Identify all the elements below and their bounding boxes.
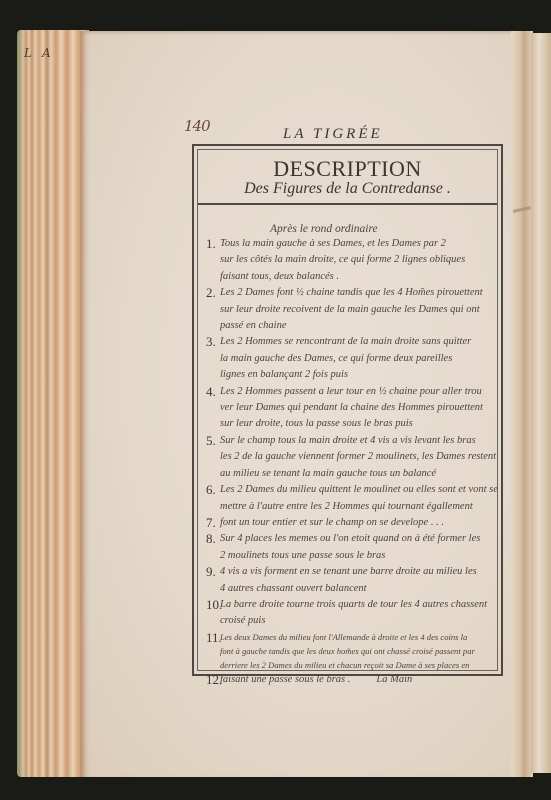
figure-line: lignes en balançant 2 fois puis [220,367,491,383]
figure-line: La barre droite tourne trois quarts de t… [220,597,491,613]
figure-item: 6. Les 2 Dames du milieu quittent le mou… [206,482,491,515]
figure-number: 3. [206,334,220,350]
figure-item: 8. Sur 4 places les memes ou l'on etoit … [206,531,491,564]
figure-line: font à gauche tandis que les deux hom̃es… [220,644,491,658]
figure-item: 4. Les 2 Hommes passent a leur tour en ½… [206,384,491,433]
figure-line: 4 autres chassant ouvert balancent [220,581,491,597]
title-box: DESCRIPTION Des Figures de la Contredans… [198,150,497,205]
figures-list: Après le rond ordinaire 1. Tous la main … [206,222,491,688]
figure-item: 11. Les deux Dames du milieu font l'Alle… [206,630,491,672]
intro-line: Après le rond ordinaire [206,222,491,236]
running-title: LA TIGRÉE [283,126,383,143]
figure-number: 8. [206,531,220,547]
figure-item: 3. Les 2 Hommes se rencontrant de la mai… [206,334,491,383]
book-page-edges: L A [17,30,89,777]
figure-line: Les 2 Hommes passent a leur tour en ½ ch… [220,384,491,400]
figure-line: les 2 de la gauche viennent former 2 mou… [220,449,496,465]
figure-item: 7. font un tour entier et sur le champ o… [206,515,491,531]
figure-number: 11. [206,630,220,646]
figure-line: passé en chaine [220,318,491,334]
plate-inner-frame: DESCRIPTION Des Figures de la Contredans… [197,149,498,671]
figure-line: Les deux Dames du milieu font l'Allemand… [220,630,491,644]
figure-line: sur les côtés la main droite, ce qui for… [220,252,491,268]
figure-line: font un tour entier et sur le champ on s… [220,515,491,531]
facing-page-edge [531,33,551,773]
page-number: 140 [184,117,210,135]
figure-number: 7. [206,515,220,531]
closing-phrase: La Main [350,674,412,685]
figure-item: 9. 4 vis a vis forment en se tenant une … [206,564,491,597]
figure-line: sur leur droite recoivent de la main gau… [220,302,491,318]
edge-letter: L [24,46,32,60]
figure-line: sur leur droite, tous la passe sous le b… [220,416,491,432]
figure-item: 2. Les 2 Dames font ½ chaine tandis que … [206,285,491,334]
figure-line-wrap: faisant une passe sous le bras .La Main [220,672,491,688]
figure-line: Tous la main gauche à ses Dames, et les … [220,236,491,252]
page-gutter [511,31,533,777]
figure-line: ver leur Dames qui pendant la chaine des… [220,400,491,416]
figure-line: Les 2 Hommes se rencontrant de la main d… [220,334,491,350]
figure-item: 5. Sur le champ tous la main droite et 4… [206,433,491,482]
plate-title: DESCRIPTION [198,156,497,182]
figure-number: 2. [206,285,220,301]
figure-line: derriere les 2 Dames du milieu et chacun… [220,658,491,672]
figure-item: 12. faisant une passe sous le bras .La M… [206,672,491,688]
figure-line: 2 moulinets tous une passe sous le bras [220,548,491,564]
figure-line: faisant une passe sous le bras . [220,674,350,685]
figure-number: 10. [206,597,220,613]
figure-number: 4. [206,384,220,400]
description-plate: DESCRIPTION Des Figures de la Contredans… [192,144,503,676]
figure-number: 9. [206,564,220,580]
figure-line: Les 2 Dames du milieu quittent le moulin… [220,482,498,498]
figure-number: 5. [206,433,220,449]
figure-line: Les 2 Dames font ½ chaine tandis que les… [220,285,491,301]
figure-line: faisant tous, deux balancés . [220,269,491,285]
figure-line: mettre à l'autre entre les 2 Hommes qui … [220,499,498,515]
figure-line: la main gauche des Dames, ce qui forme d… [220,351,491,367]
figure-line: 4 vis a vis forment en se tenant une bar… [220,564,491,580]
figure-line: croisé puis [220,613,491,629]
plate-subtitle: Des Figures de la Contredanse . [198,180,497,198]
figure-line: au milieu se tenant la main gauche tous … [220,466,496,482]
figure-number: 6. [206,482,220,498]
figure-number: 1. [206,236,220,252]
figure-item: 1. Tous la main gauche à ses Dames, et l… [206,236,491,285]
figure-number: 12. [206,672,220,688]
figure-line: Sur 4 places les memes ou l'on etoit qua… [220,531,491,547]
edge-letter: A [42,46,51,60]
figure-item: 10. La barre droite tourne trois quarts … [206,597,491,630]
figure-line: Sur le champ tous la main droite et 4 vi… [220,433,496,449]
